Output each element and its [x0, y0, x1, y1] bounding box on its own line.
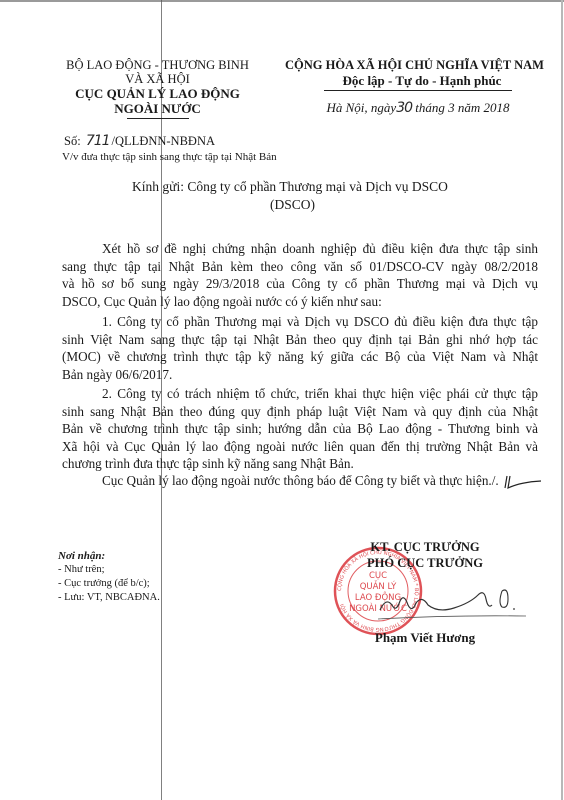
paragraph-line: DSCO, Cục Quản lý lao động ngoài nước có…	[62, 293, 538, 311]
paragraph-line: Bản về chương trình thực tập sinh; hướng…	[62, 420, 538, 438]
recipient-item: - Cục trưởng (để b/c);	[58, 578, 150, 589]
signer-name: Phạm Viết Hương	[330, 630, 520, 646]
paragraph-line: 1. Công ty cổ phần Thương mại và Dịch vụ…	[62, 313, 538, 331]
paragraph-closing: Cục Quản lý lao động ngoài nước thông bá…	[62, 472, 538, 490]
recipient-item: - Như trên;	[58, 564, 105, 575]
scanned-letter-page: BỘ LAO ĐỘNG - THƯƠNG BINH VÀ XÃ HỘI CỤC …	[0, 0, 564, 800]
date-rest: tháng 3 năm 2018	[412, 100, 510, 115]
recipient-item: - Lưu: VT, NBCAĐNA.	[58, 592, 160, 603]
handwritten-signature-icon	[378, 575, 528, 630]
department-name-line1: CỤC QUẢN LÝ LAO ĐỘNG	[40, 86, 275, 101]
paragraph-line: sang thực tập tại Nhật Bản kèm theo công…	[62, 258, 538, 276]
paragraph-intro: Xét hồ sơ đề nghị chứng nhận doanh nghiệ…	[62, 240, 538, 310]
handwritten-day: 30	[396, 100, 412, 116]
recipients-title: Nơi nhận:	[58, 550, 105, 562]
motto-underline	[324, 90, 512, 91]
initial-mark-icon	[503, 474, 543, 490]
paragraph-line: sinh sang Nhật Bản theo đúng quy định ph…	[62, 403, 538, 421]
paragraph-line: Xét hồ sơ đề nghị chứng nhận doanh nghiệ…	[62, 240, 538, 258]
department-name-line2: NGOÀI NƯỚC	[40, 101, 275, 116]
paragraph-line: sinh Việt Nam sang thực tập tại Nhật Bản…	[62, 331, 538, 349]
country-name: CỘNG HÒA XÃ HỘI CHỦ NGHĨA VIỆT NAM	[272, 58, 557, 73]
paragraph-line: 2. Công ty có trách nhiệm tổ chức, triển…	[62, 385, 538, 403]
scan-right-edge	[561, 0, 563, 800]
paragraph-line: Xã hội và Cục Quản lý lao động ngoài nướ…	[62, 438, 538, 456]
date-prefix: Hà Nội, ngày	[326, 100, 396, 115]
number-suffix: /QLLĐNN-NBĐNA	[112, 134, 215, 148]
paragraph-line: Bản ngày 06/6/2017.	[62, 366, 538, 384]
handwritten-number: 711	[86, 133, 110, 149]
national-motto: Độc lập - Tự do - Hạnh phúc	[322, 73, 522, 89]
department-underline	[127, 118, 189, 119]
paragraph-line: chương trình đưa thực tập sinh kỹ năng s…	[62, 455, 538, 473]
subject-line: V/v đưa thực tập sinh sang thực tập tại …	[62, 151, 277, 163]
closing-line: Cục Quản lý lao động ngoài nước thông bá…	[62, 472, 538, 490]
number-prefix: Số:	[64, 134, 81, 148]
document-number: Số: 711/QLLĐNN-NBĐNA	[64, 133, 215, 149]
signer-title-line1: KT. CỤC TRƯỞNG	[330, 540, 520, 555]
ministry-name-line1: BỘ LAO ĐỘNG - THƯƠNG BINH	[40, 58, 275, 73]
scan-top-edge	[0, 0, 564, 2]
addressee-line2: (DSCO)	[270, 197, 315, 213]
paragraph-item-2: 2. Công ty có trách nhiệm tổ chức, triển…	[62, 385, 538, 473]
paragraph-line: và hồ sơ bổ sung ngày 29/3/2018 của Công…	[62, 275, 538, 293]
addressee-line1: Kính gửi: Công ty cổ phần Thương mại và …	[132, 179, 448, 195]
signer-title-line2: PHÓ CỤC TRƯỞNG	[330, 556, 520, 571]
paragraph-item-1: 1. Công ty cổ phần Thương mại và Dịch vụ…	[62, 313, 538, 383]
closing-text: Cục Quản lý lao động ngoài nước thông bá…	[102, 473, 499, 488]
place-and-date: Hà Nội, ngày30 tháng 3 năm 2018	[298, 100, 538, 116]
ministry-name-line2: VÀ XÃ HỘI	[40, 72, 275, 87]
paragraph-line: (MOC) về chương trình thực tập kỹ năng k…	[62, 348, 538, 366]
